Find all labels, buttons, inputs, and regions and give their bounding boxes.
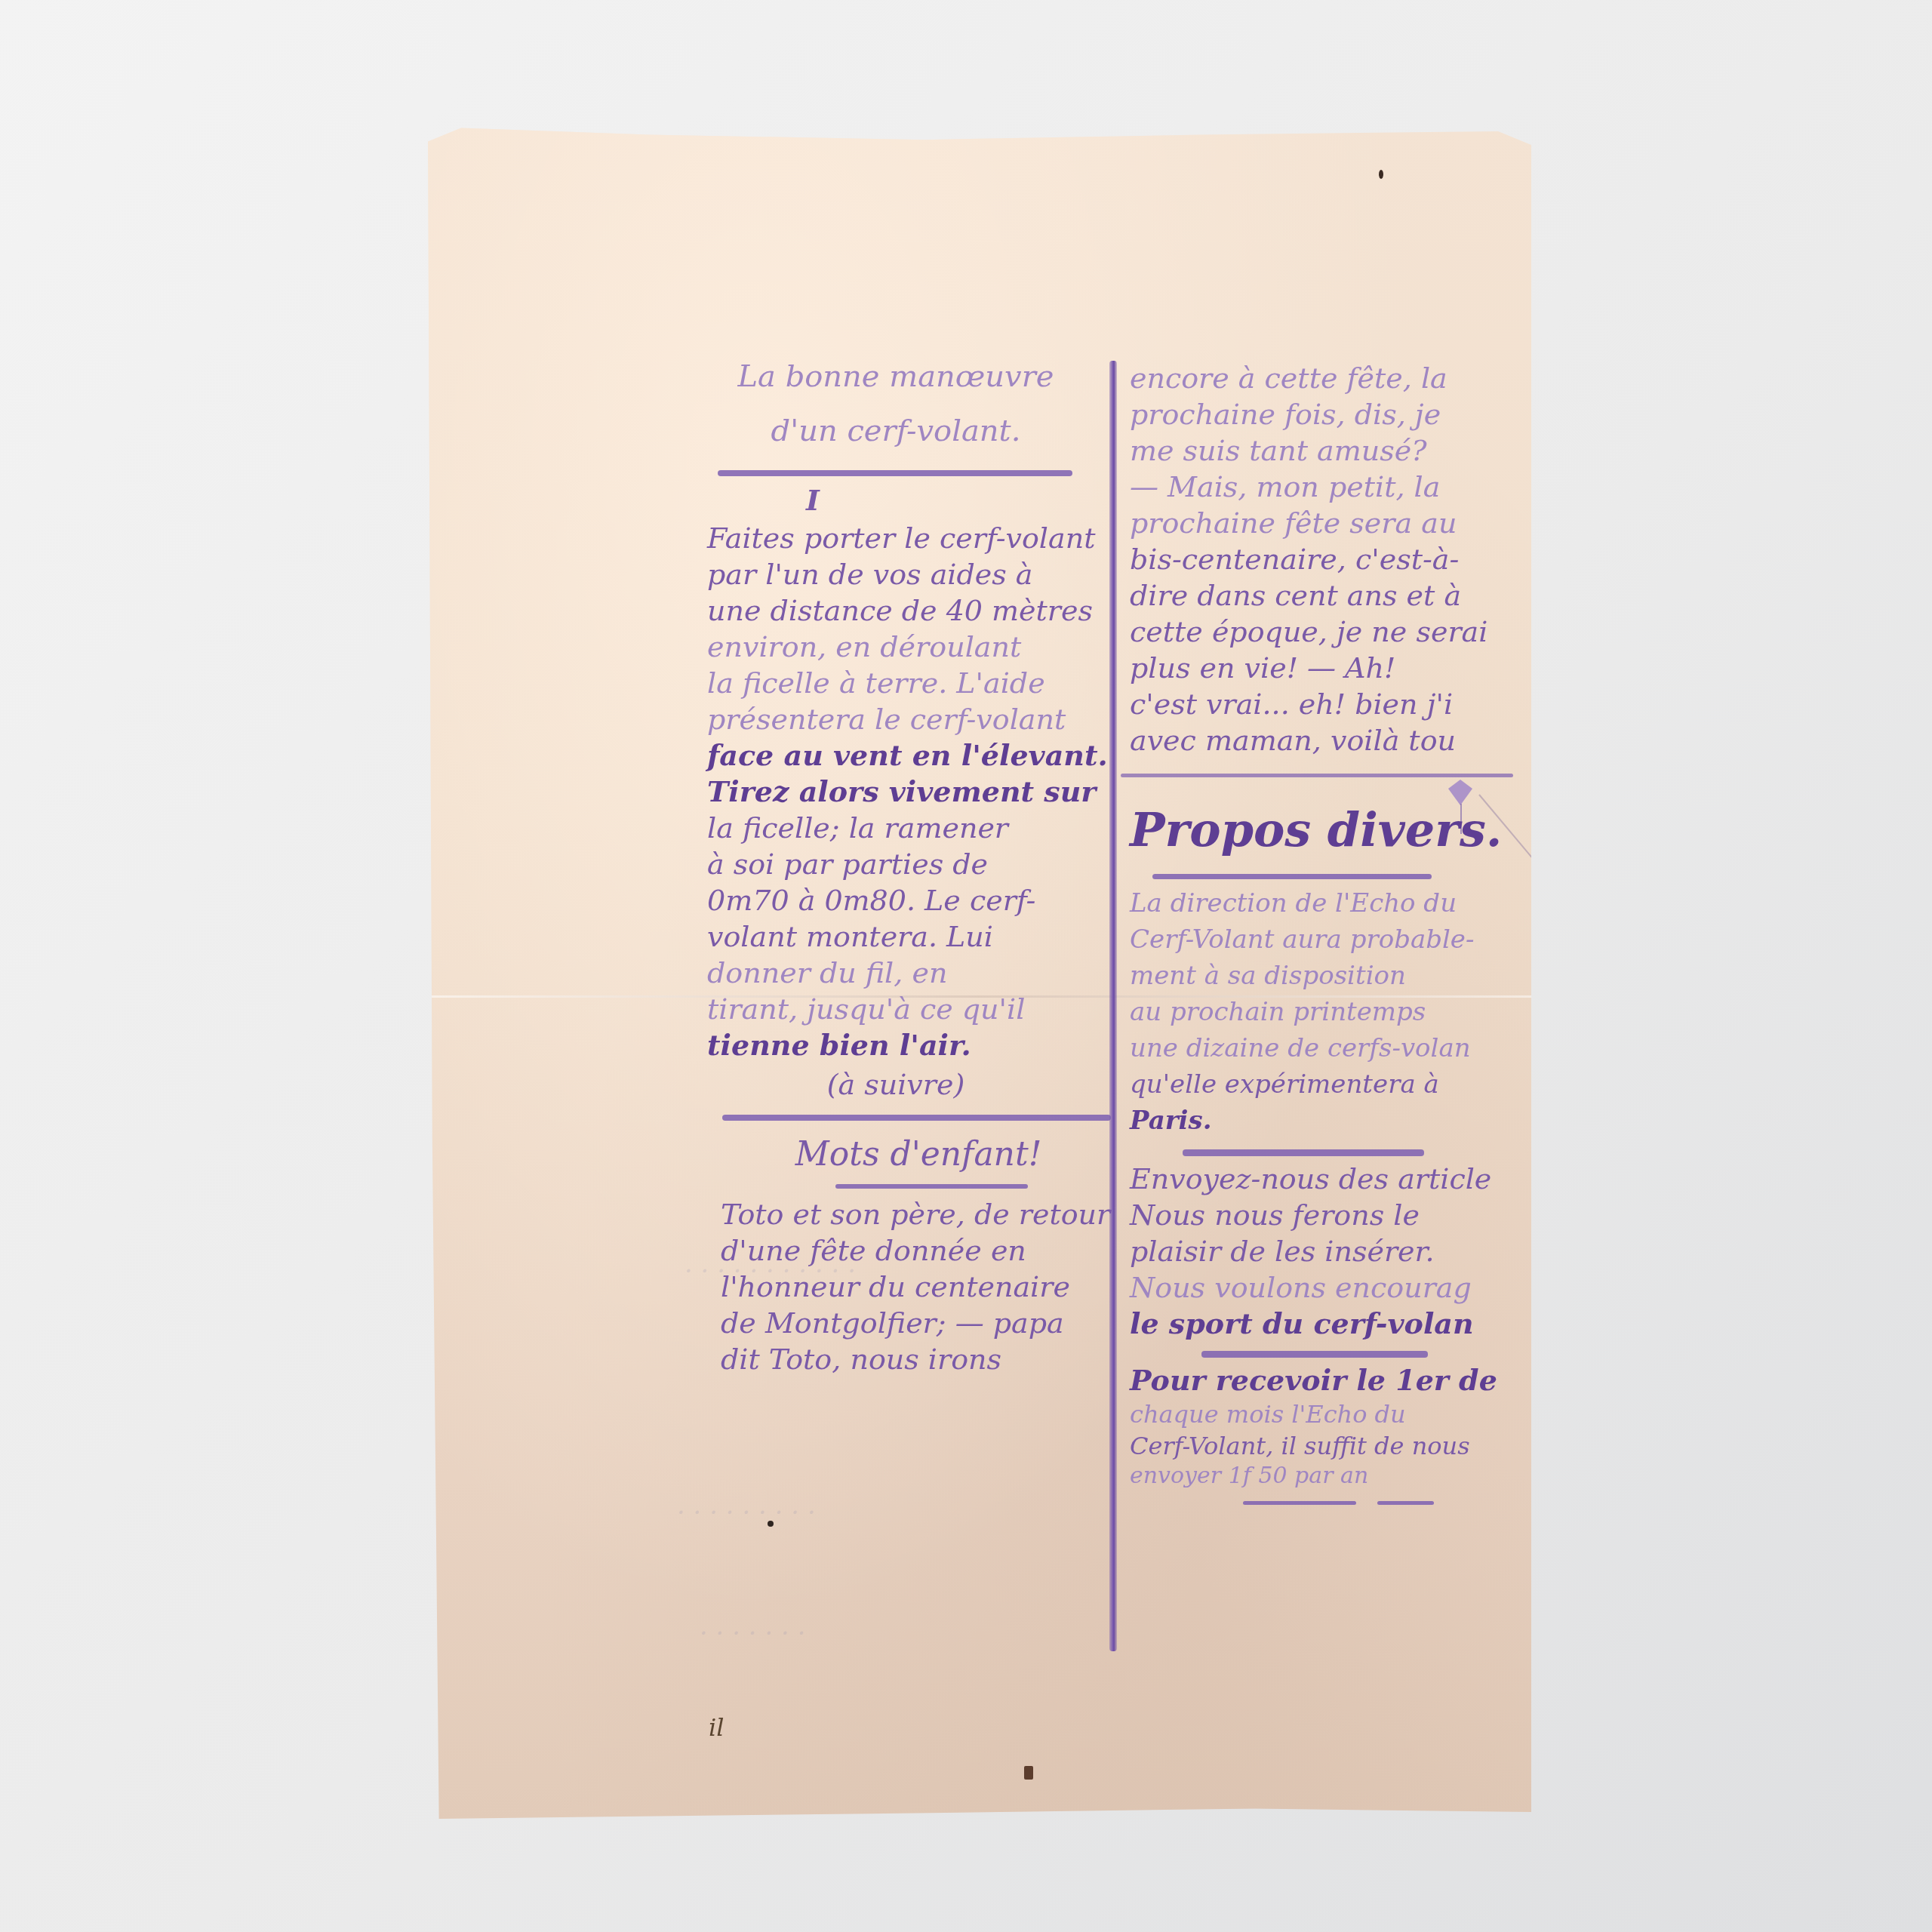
body-line: Tirez alors vivement sur	[707, 774, 1084, 810]
title-rule	[718, 470, 1072, 476]
article-title-line-2: d'un cerf-volant.	[707, 405, 1084, 457]
body-line: présentera le cerf-volant	[707, 701, 1084, 737]
continued-line: c'est vrai... eh! bien j'i	[1130, 686, 1507, 722]
paper-sheet: · · · · · · · · · · · · · · · · · · · · …	[428, 125, 1531, 1819]
call-line: Nous voulons encourag	[1130, 1269, 1515, 1306]
continued-line: dire dans cent ans et à	[1130, 577, 1507, 614]
paper-damage-mark	[1024, 1766, 1033, 1780]
continued-line: prochaine fois, dis, je	[1130, 396, 1507, 432]
bleed-through-text: · · · · · · ·	[700, 1619, 806, 1649]
section-title: Propos divers.	[1130, 800, 1515, 860]
body-line: par l'un de vos aides à	[707, 556, 1084, 592]
announcement-line: qu'elle expérimentera à	[1130, 1066, 1515, 1103]
continued-line: encore à cette fête, la	[1130, 360, 1507, 396]
end-rules	[1243, 1501, 1515, 1505]
body-line: 0m70 à 0m80. Le cerf-	[707, 882, 1084, 918]
continued-line: cette époque, je ne serai	[1130, 614, 1507, 650]
anecdote-line: de Montgolfier; — papa	[721, 1305, 1084, 1341]
call-line: Envoyez-nous des article	[1130, 1161, 1515, 1197]
section-title-rule	[1152, 874, 1432, 879]
subscription-line: envoyer 1f 50 par an	[1130, 1462, 1515, 1491]
subscription-line: Cerf-Volant, il suffit de nous	[1130, 1430, 1515, 1462]
divider-rule	[1183, 1149, 1424, 1156]
anecdote-line: Toto et son père, de retour	[721, 1196, 1084, 1232]
call-line: le sport du cerf-volan	[1130, 1306, 1515, 1342]
body-line: tienne bien l'air.	[707, 1027, 1084, 1063]
body-line: volant montera. Lui	[707, 918, 1084, 955]
subscription-line: Pour recevoir le 1er de	[1130, 1362, 1515, 1398]
continued-line: avec maman, voilà tou	[1130, 722, 1507, 758]
body-line: une distance de 40 mètres	[707, 592, 1084, 629]
anecdote-line: l'honneur du centenaire	[721, 1269, 1084, 1305]
body-line: donner du fil, en	[707, 955, 1084, 991]
right-column: encore à cette fête, la prochaine fois, …	[1130, 360, 1507, 758]
subscription-line: chaque mois l'Echo du	[1130, 1398, 1515, 1430]
body-line: tirant, jusqu'à ce qu'il	[707, 991, 1084, 1027]
call-line: Nous nous ferons le	[1130, 1197, 1515, 1233]
announcement-line: Paris.	[1130, 1103, 1515, 1139]
to-be-continued: (à suivre)	[707, 1066, 1084, 1103]
body-line: la ficelle; la ramener	[707, 810, 1084, 846]
call-line: plaisir de les insérer.	[1130, 1233, 1515, 1269]
section-rule	[722, 1115, 1111, 1121]
section-numeral: I	[541, 482, 1084, 518]
announcement-line: La direction de l'Echo du	[1130, 885, 1515, 921]
continued-line: me suis tant amusé?	[1130, 432, 1507, 469]
left-column: La bonne manœuvre d'un cerf-volant. I Fa…	[707, 351, 1084, 1377]
announcement-line: une dizaine de cerfs-volan	[1130, 1030, 1515, 1066]
page-marker: il	[709, 1713, 724, 1742]
divider-rule	[1201, 1351, 1428, 1358]
continued-line: — Mais, mon petit, la	[1130, 469, 1507, 505]
second-article-title: Mots d'enfant!	[752, 1128, 1084, 1181]
anecdote-line: dit Toto, nous irons	[721, 1341, 1084, 1377]
article-title-line-1: La bonne manœuvre	[707, 351, 1084, 402]
second-title-rule	[835, 1184, 1028, 1189]
anecdote-line: d'une fête donnée en	[721, 1232, 1084, 1269]
announcement-line: ment à sa disposition	[1130, 958, 1515, 994]
section-box-rule	[1121, 774, 1513, 777]
announcement-line: au prochain printemps	[1130, 994, 1515, 1030]
continued-line: prochaine fête sera au	[1130, 505, 1507, 541]
end-rule	[1377, 1501, 1434, 1505]
body-line: environ, en déroulant	[707, 629, 1084, 665]
end-rule	[1243, 1501, 1356, 1505]
body-line: face au vent en l'élevant.	[707, 737, 1084, 774]
bleed-through-text: · · · · · · · · ·	[677, 1498, 816, 1528]
announcement-line: Cerf-Volant aura probable-	[1130, 921, 1515, 958]
propos-divers-section: Propos divers. La direction de l'Echo du…	[1130, 800, 1515, 1505]
column-divider	[1109, 361, 1117, 1651]
ink-speck	[1379, 170, 1383, 179]
continued-line: bis-centenaire, c'est-à-	[1130, 541, 1507, 577]
body-line: Faites porter le cerf-volant	[707, 520, 1084, 556]
body-line: à soi par parties de	[707, 846, 1084, 882]
body-line: la ficelle à terre. L'aide	[707, 665, 1084, 701]
continued-line: plus en vie! — Ah!	[1130, 650, 1507, 686]
ink-speck	[768, 1521, 774, 1527]
